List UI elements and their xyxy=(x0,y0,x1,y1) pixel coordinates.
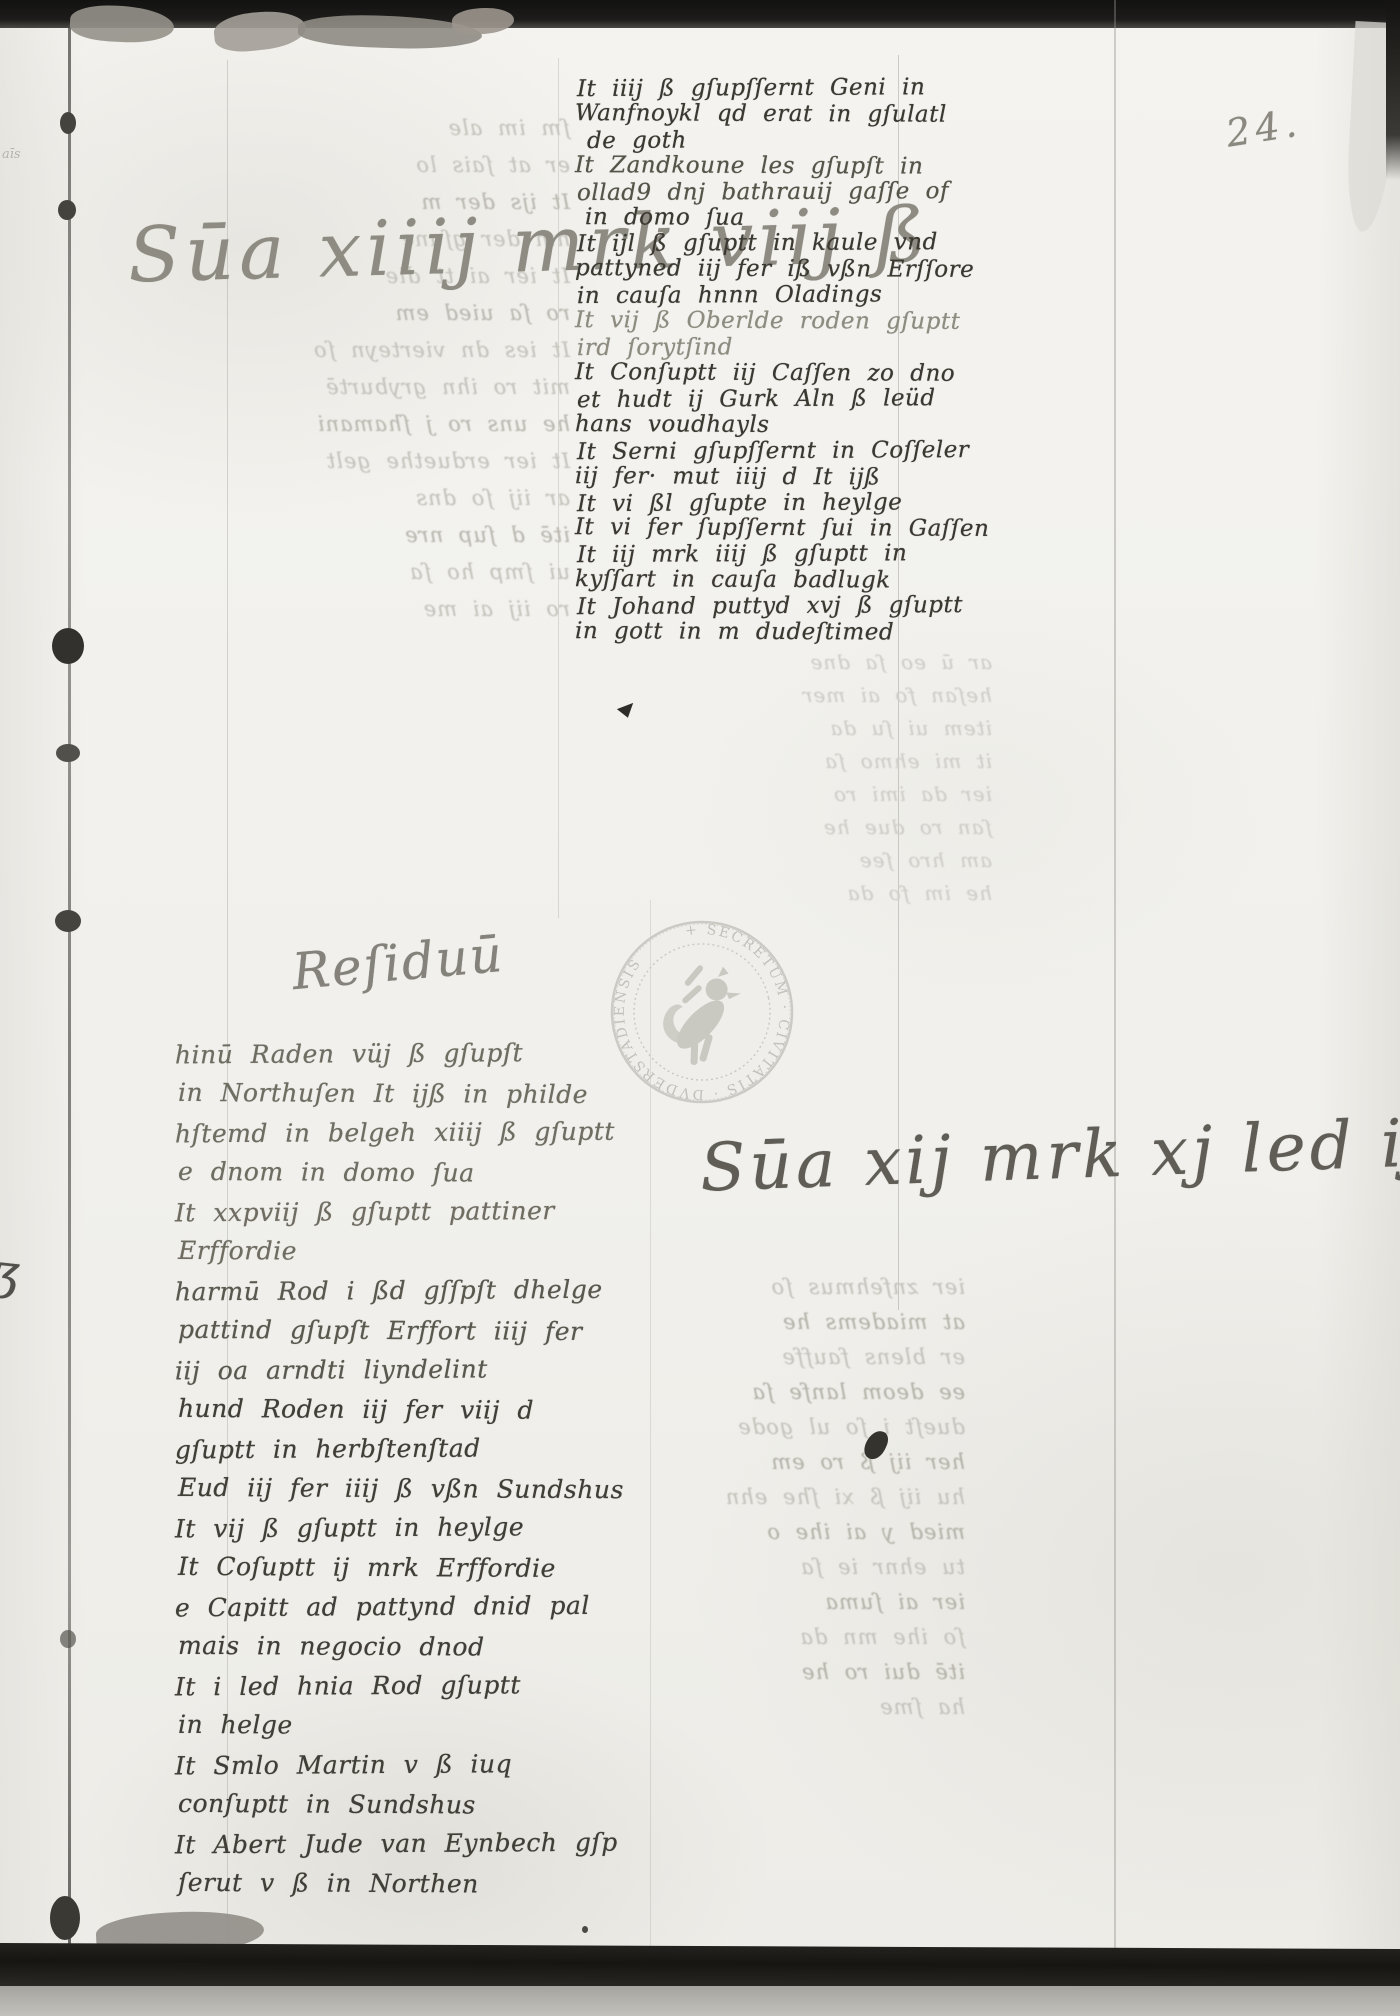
ink-dot xyxy=(582,1926,588,1933)
showthrough-text-upper-left: ſm im ale er at ſais lo It ijs der m hm … xyxy=(150,110,570,628)
showthrough-line: er blens fauffe xyxy=(545,1340,965,1375)
entry-line: ſerut v ß in Northen xyxy=(178,1862,624,1904)
entry-line: et hudt ij Gurk Aln ß leüd xyxy=(577,386,991,414)
showthrough-line: ier znfehmus ſo xyxy=(545,1270,965,1305)
margin-edge-scribble: aīs xyxy=(2,146,21,164)
scan-edge-top xyxy=(0,0,1400,28)
summa-heading-bottom: Sūa xij mrk xj led ijß xyxy=(699,1102,1400,1206)
showthrough-line: he uns ro j ſhamani xyxy=(150,406,570,443)
entry-line: It iiij ß gſupſſernt Geni in xyxy=(577,75,991,103)
sewing-stitch xyxy=(55,910,81,932)
showthrough-line: ier da imi ro xyxy=(562,778,992,811)
showthrough-line: ui ſmp ho ſa xyxy=(150,554,570,591)
showthrough-line: ier ai ſuma xyxy=(545,1585,965,1620)
entries-top-right: It iiij ß gſupſſernt Geni in Wanfnoykl q… xyxy=(575,76,989,646)
entry-line: Wanfnoykl qd erat in gſulatl xyxy=(575,101,989,129)
sewing-stitch xyxy=(60,1630,76,1648)
residuum-heading: Reſiduū xyxy=(290,925,506,1001)
paper-crease xyxy=(1114,0,1116,2016)
sewing-stitch xyxy=(58,200,76,220)
folio-number: 24. xyxy=(1223,100,1304,155)
showthrough-line: itē dui ro he xyxy=(545,1655,965,1690)
entry-line: It vi fer ſupſſernt ſui in Gaſſen xyxy=(575,516,989,544)
showthrough-line: It ies dn vierteyn ſo xyxy=(150,332,570,369)
sewing-stitch xyxy=(50,1896,80,1940)
entry-line: in cauſa hnnn Oladings xyxy=(577,282,991,310)
entry-line: It ijl ß gſuptt in kaule vnd xyxy=(577,230,991,258)
sewing-stitch xyxy=(60,112,76,134)
showthrough-line: ſan ro due he xyxy=(562,811,992,844)
showthrough-line: am hro ſee xyxy=(562,844,992,877)
entry-line: It vi ßl gſupte in heylge xyxy=(577,489,991,517)
showthrough-line: ſo ihe mn da xyxy=(545,1620,965,1655)
entry-line: ollad9 dnj bathrauij gaſſe of xyxy=(577,179,991,207)
entry-line: de goth xyxy=(587,127,991,155)
scan-edge-bottom-table xyxy=(0,1986,1400,2016)
entry-line: It vij ß Oberlde roden gſuptt xyxy=(575,308,989,336)
entry-line: It Abert Jude van Eynbech gſp xyxy=(175,1823,621,1865)
entry-line: pattyned iij fer iß vßn Erſſore xyxy=(575,256,989,284)
showthrough-line: er at ſais lo xyxy=(150,147,570,184)
showthrough-line: hu iij ß xi ſhe ehn xyxy=(545,1480,965,1515)
showthrough-line: ro iij ai me xyxy=(150,591,570,628)
entry-line: It Zandkoune les gſupſt in xyxy=(575,153,989,181)
entry-line: It Conſuptt iij Caſſen zo dno xyxy=(575,360,989,388)
entry-line: hinū Raden vüj ß gſupſt xyxy=(175,1033,621,1075)
city-seal-stamp: + SECRETUM · CIVITATIS · DVDERSTADIENSIS xyxy=(602,912,802,1112)
gutter-pen-mark: ʒ xyxy=(0,1243,22,1302)
entry-line: It Johand puttyd xvj ß gſuptt xyxy=(577,593,991,621)
entry-line: in Northuſen It ijß in philde xyxy=(178,1072,624,1114)
showthrough-line: ee deom lanfe ſa xyxy=(545,1375,965,1410)
showthrough-text-middle: ar ū eo ſa dne heſan fo ai mer item ui ſ… xyxy=(562,646,992,910)
showthrough-line: it mi ehmo ſa xyxy=(562,745,992,778)
showthrough-text-lower-right: ier znfehmus ſo at miadems he er blens f… xyxy=(545,1270,965,1725)
sewing-stitch xyxy=(52,628,84,664)
entry-line: in domo ſua xyxy=(585,205,989,233)
city-seal-svg: + SECRETUM · CIVITATIS · DVDERSTADIENSIS xyxy=(602,912,802,1112)
entry-line: It Serni gſupſſernt in Coſſeler xyxy=(577,438,991,466)
showthrough-line: dueſt i ſo ul gode xyxy=(545,1410,965,1445)
entry-line: It Smlo Martin v ß iuq xyxy=(175,1744,621,1786)
gutter-fold-line xyxy=(68,28,71,1950)
showthrough-line: he im fo da xyxy=(562,877,992,910)
showthrough-line: mit ro ihn gryburtē xyxy=(150,369,570,406)
showthrough-line: It ier erduethe gelt xyxy=(150,443,570,480)
showthrough-line: at miadems he xyxy=(545,1305,965,1340)
showthrough-line: ha ſme xyxy=(545,1690,965,1725)
entry-line: ird ſorytſind xyxy=(577,334,991,362)
entry-line: hſtemd in belgeh xiiij ß gſuptt xyxy=(175,1112,621,1154)
sewing-stitch xyxy=(56,744,80,762)
showthrough-line: itē d ſup nre xyxy=(150,517,570,554)
scan-edge-right xyxy=(1386,0,1400,180)
showthrough-line: tu ehnr ie ſa xyxy=(545,1550,965,1585)
entry-line: in gott in m dudeſtimed xyxy=(575,619,989,647)
entry-line: iij fer· mut iiij d It ijß xyxy=(575,464,989,492)
entry-line: It iij mrk iiij ß gſuptt in xyxy=(577,541,991,569)
manuscript-page-scan: aīs ʒ 24. ſm im ale er at ſais lo It ijs… xyxy=(0,0,1400,2016)
showthrough-line: ar ū eo ſa dne xyxy=(562,646,992,679)
entry-line: It xxpviij ß gſuptt pattiner xyxy=(175,1191,621,1233)
showthrough-line: her iij ß ro em xyxy=(545,1445,965,1480)
showthrough-line: ro ſa uied em xyxy=(150,295,570,332)
entry-line: hans voudhayls xyxy=(575,412,989,440)
showthrough-line: ſm im ale xyxy=(150,110,570,147)
showthrough-line: mied y ai ihe o xyxy=(545,1515,965,1550)
entry-line: Erffordie xyxy=(178,1230,624,1272)
entry-line: conſuptt in Sundshus xyxy=(178,1783,624,1825)
entry-line: e dnom in domo ſua xyxy=(178,1151,624,1193)
entry-line: kyſſart in cauſa badlugk xyxy=(575,567,989,595)
showthrough-line: ar iij ſo dns xyxy=(150,480,570,517)
